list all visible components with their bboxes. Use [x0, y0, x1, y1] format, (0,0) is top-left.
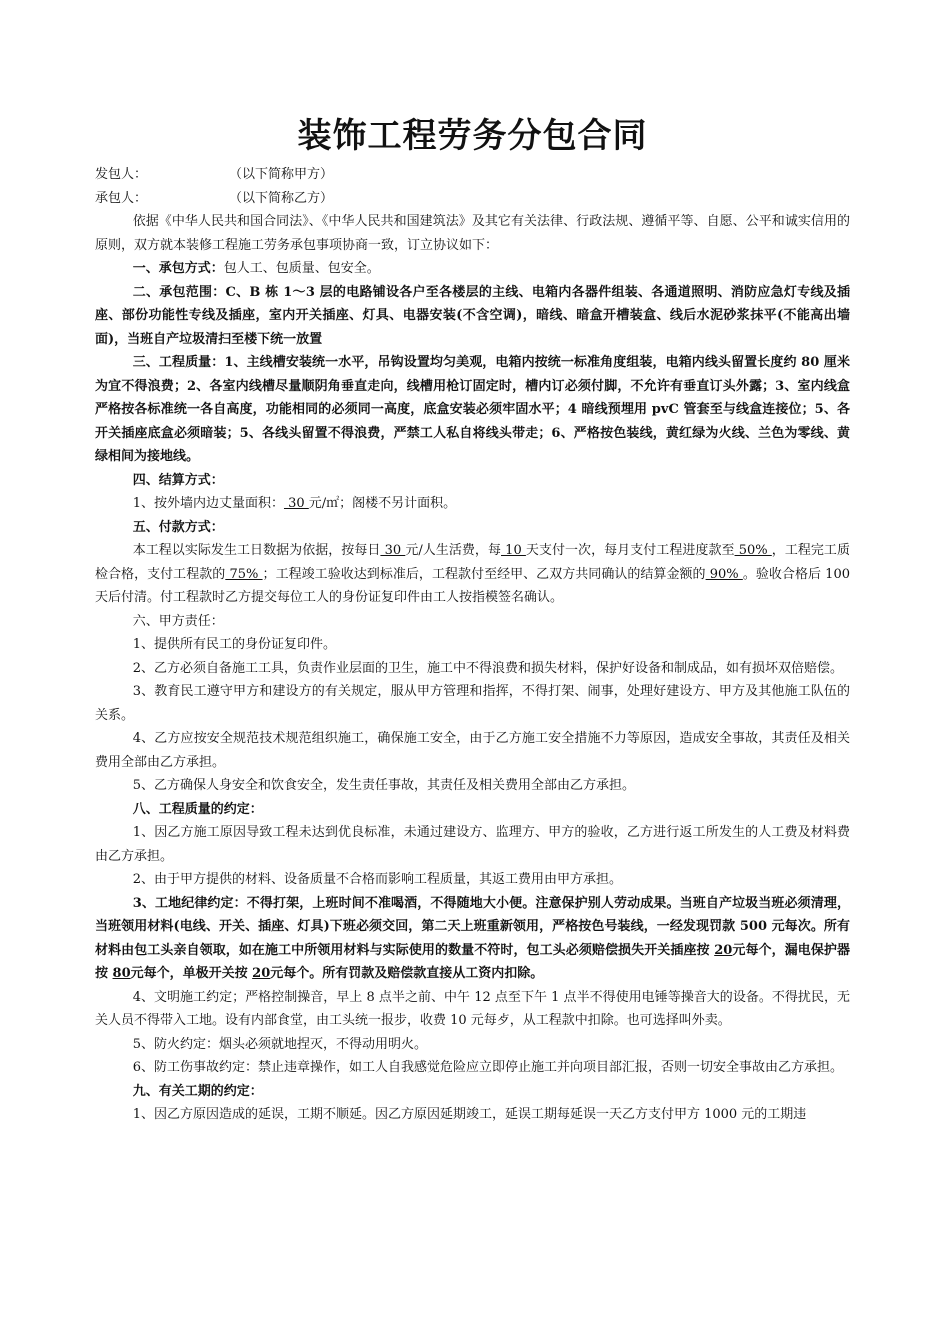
document-title: 装饰工程劳务分包合同 — [95, 113, 850, 159]
breaker-price: 80 — [113, 966, 131, 981]
section-2: 二、承包范围：C、B 栋 1～3 层的电路铺设各户至各楼层的主线、电箱内各器件组… — [95, 281, 850, 352]
section-1-text: 包人工、包质量、包安全。 — [224, 261, 380, 276]
employer-note: （以下简称甲方） — [229, 163, 333, 187]
section-8-item-4: 4、文明施工约定；严格控制操音，早上 8 点半之前、中午 12 点至下午 1 点… — [95, 986, 850, 1033]
section-9-item-1: 1、因乙方原因造成的延误，工期不顺延。因乙方原因延期竣工，延误工期每延误一天乙方… — [95, 1103, 850, 1127]
completion-percent: 75% — [225, 567, 262, 582]
section-6-item: 4、乙方应按安全规范技术规范组织施工，确保施工安全，由于乙方施工安全措施不力等原… — [95, 727, 850, 774]
section-6-item: 3、教育民工遵守甲方和建设方的有关规定，服从甲方管理和指挥，不得打架、闹事，处理… — [95, 680, 850, 727]
payment-text-3: 天支付一次，每月支付工程进度款至 — [526, 543, 735, 558]
section-6-item: 1、提供所有民工的身份证复印件。 — [95, 633, 850, 657]
section-9-heading: 九、有关工期的约定： — [95, 1080, 850, 1104]
contractor-label: 承包人： — [95, 187, 229, 211]
section-3: 三、工程质量：1、主线槽安装统一水平，吊钩设置均匀美观，电箱内按统一标准角度组装… — [95, 351, 850, 469]
section-6-item: 2、乙方必须自备施工工具，负责作业层面的卫生，施工中不得浪费和损失材料，保护好设… — [95, 657, 850, 681]
section-1: 一、承包方式：包人工、包质量、包安全。 — [95, 257, 850, 281]
progress-percent: 50% — [735, 543, 772, 558]
section-8-item-1: 1、因乙方施工原因导致工程未达到优良标准，未通过建设方、监理方、甲方的验收，乙方… — [95, 821, 850, 868]
pay-days: 10 — [501, 543, 526, 558]
discipline-text-3: 元每个，单极开关按 — [131, 966, 253, 981]
discipline-text-4: 元每个。所有罚款及赔偿款直接从工资内扣除。 — [270, 966, 543, 981]
section-1-heading: 一、承包方式： — [133, 261, 224, 276]
contractor-note: （以下简称乙方） — [229, 187, 333, 211]
section-6-heading: 六、甲方责任： — [95, 610, 850, 634]
section-5-heading: 五、付款方式： — [95, 516, 850, 540]
section-8-heading: 八、工程质量的约定： — [95, 798, 850, 822]
contractor-line: 承包人： （以下简称乙方） — [95, 187, 850, 211]
document-body: 发包人： （以下简称甲方） 承包人： （以下简称乙方） 依据《中华人民共和国合同… — [95, 163, 850, 1127]
settlement-unit: 元/㎡；阁楼不另计面积。 — [309, 496, 456, 511]
payment-text-5: ；工程竣工验收达到标准后，工程款付至经甲、乙双方共同确认的结算金额的 — [263, 567, 706, 582]
daily-fee: 30 — [380, 543, 405, 558]
switch-price: 20 — [252, 966, 270, 981]
payment-text-1: 本工程以实际发生工日数据为依据，按每日 — [133, 543, 381, 558]
employer-label: 发包人： — [95, 163, 229, 187]
section-4-item-1: 1、按外墙内边丈量面积： 30 元/㎡；阁楼不另计面积。 — [95, 492, 850, 516]
employer-line: 发包人： （以下简称甲方） — [95, 163, 850, 187]
section-8-item-3: 3、工地纪律约定：不得打架，上班时间不准喝酒，不得随地大小便。注意保护别人劳动成… — [95, 892, 850, 986]
settlement-percent: 90% — [706, 567, 743, 582]
socket-price: 20 — [714, 943, 732, 958]
settlement-text: 1、按外墙内边丈量面积： — [133, 496, 284, 511]
section-5-text: 本工程以实际发生工日数据为依据，按每日 30 元/人生活费，每 10 天支付一次… — [95, 539, 850, 610]
payment-text-2: 元/人生活费，每 — [405, 543, 501, 558]
section-4-heading: 四、结算方式： — [95, 469, 850, 493]
settlement-rate: 30 — [284, 496, 309, 511]
section-8-item-2: 2、由于甲方提供的材料、设备质量不合格而影响工程质量，其返工费用由甲方承担。 — [95, 868, 850, 892]
section-8-item-6: 6、防工伤事故约定：禁止违章操作，如工人自我感觉危险应立即停止施工并向项目部汇报… — [95, 1056, 850, 1080]
section-6-item: 5、乙方确保人身安全和饮食安全，发生责任事故，其责任及相关费用全部由乙方承担。 — [95, 774, 850, 798]
preamble: 依据《中华人民共和国合同法》、《中华人民共和国建筑法》及其它有关法律、行政法规、… — [95, 210, 850, 257]
section-8-item-5: 5、防火约定：烟头必须就地捏灭，不得动用明火。 — [95, 1033, 850, 1057]
